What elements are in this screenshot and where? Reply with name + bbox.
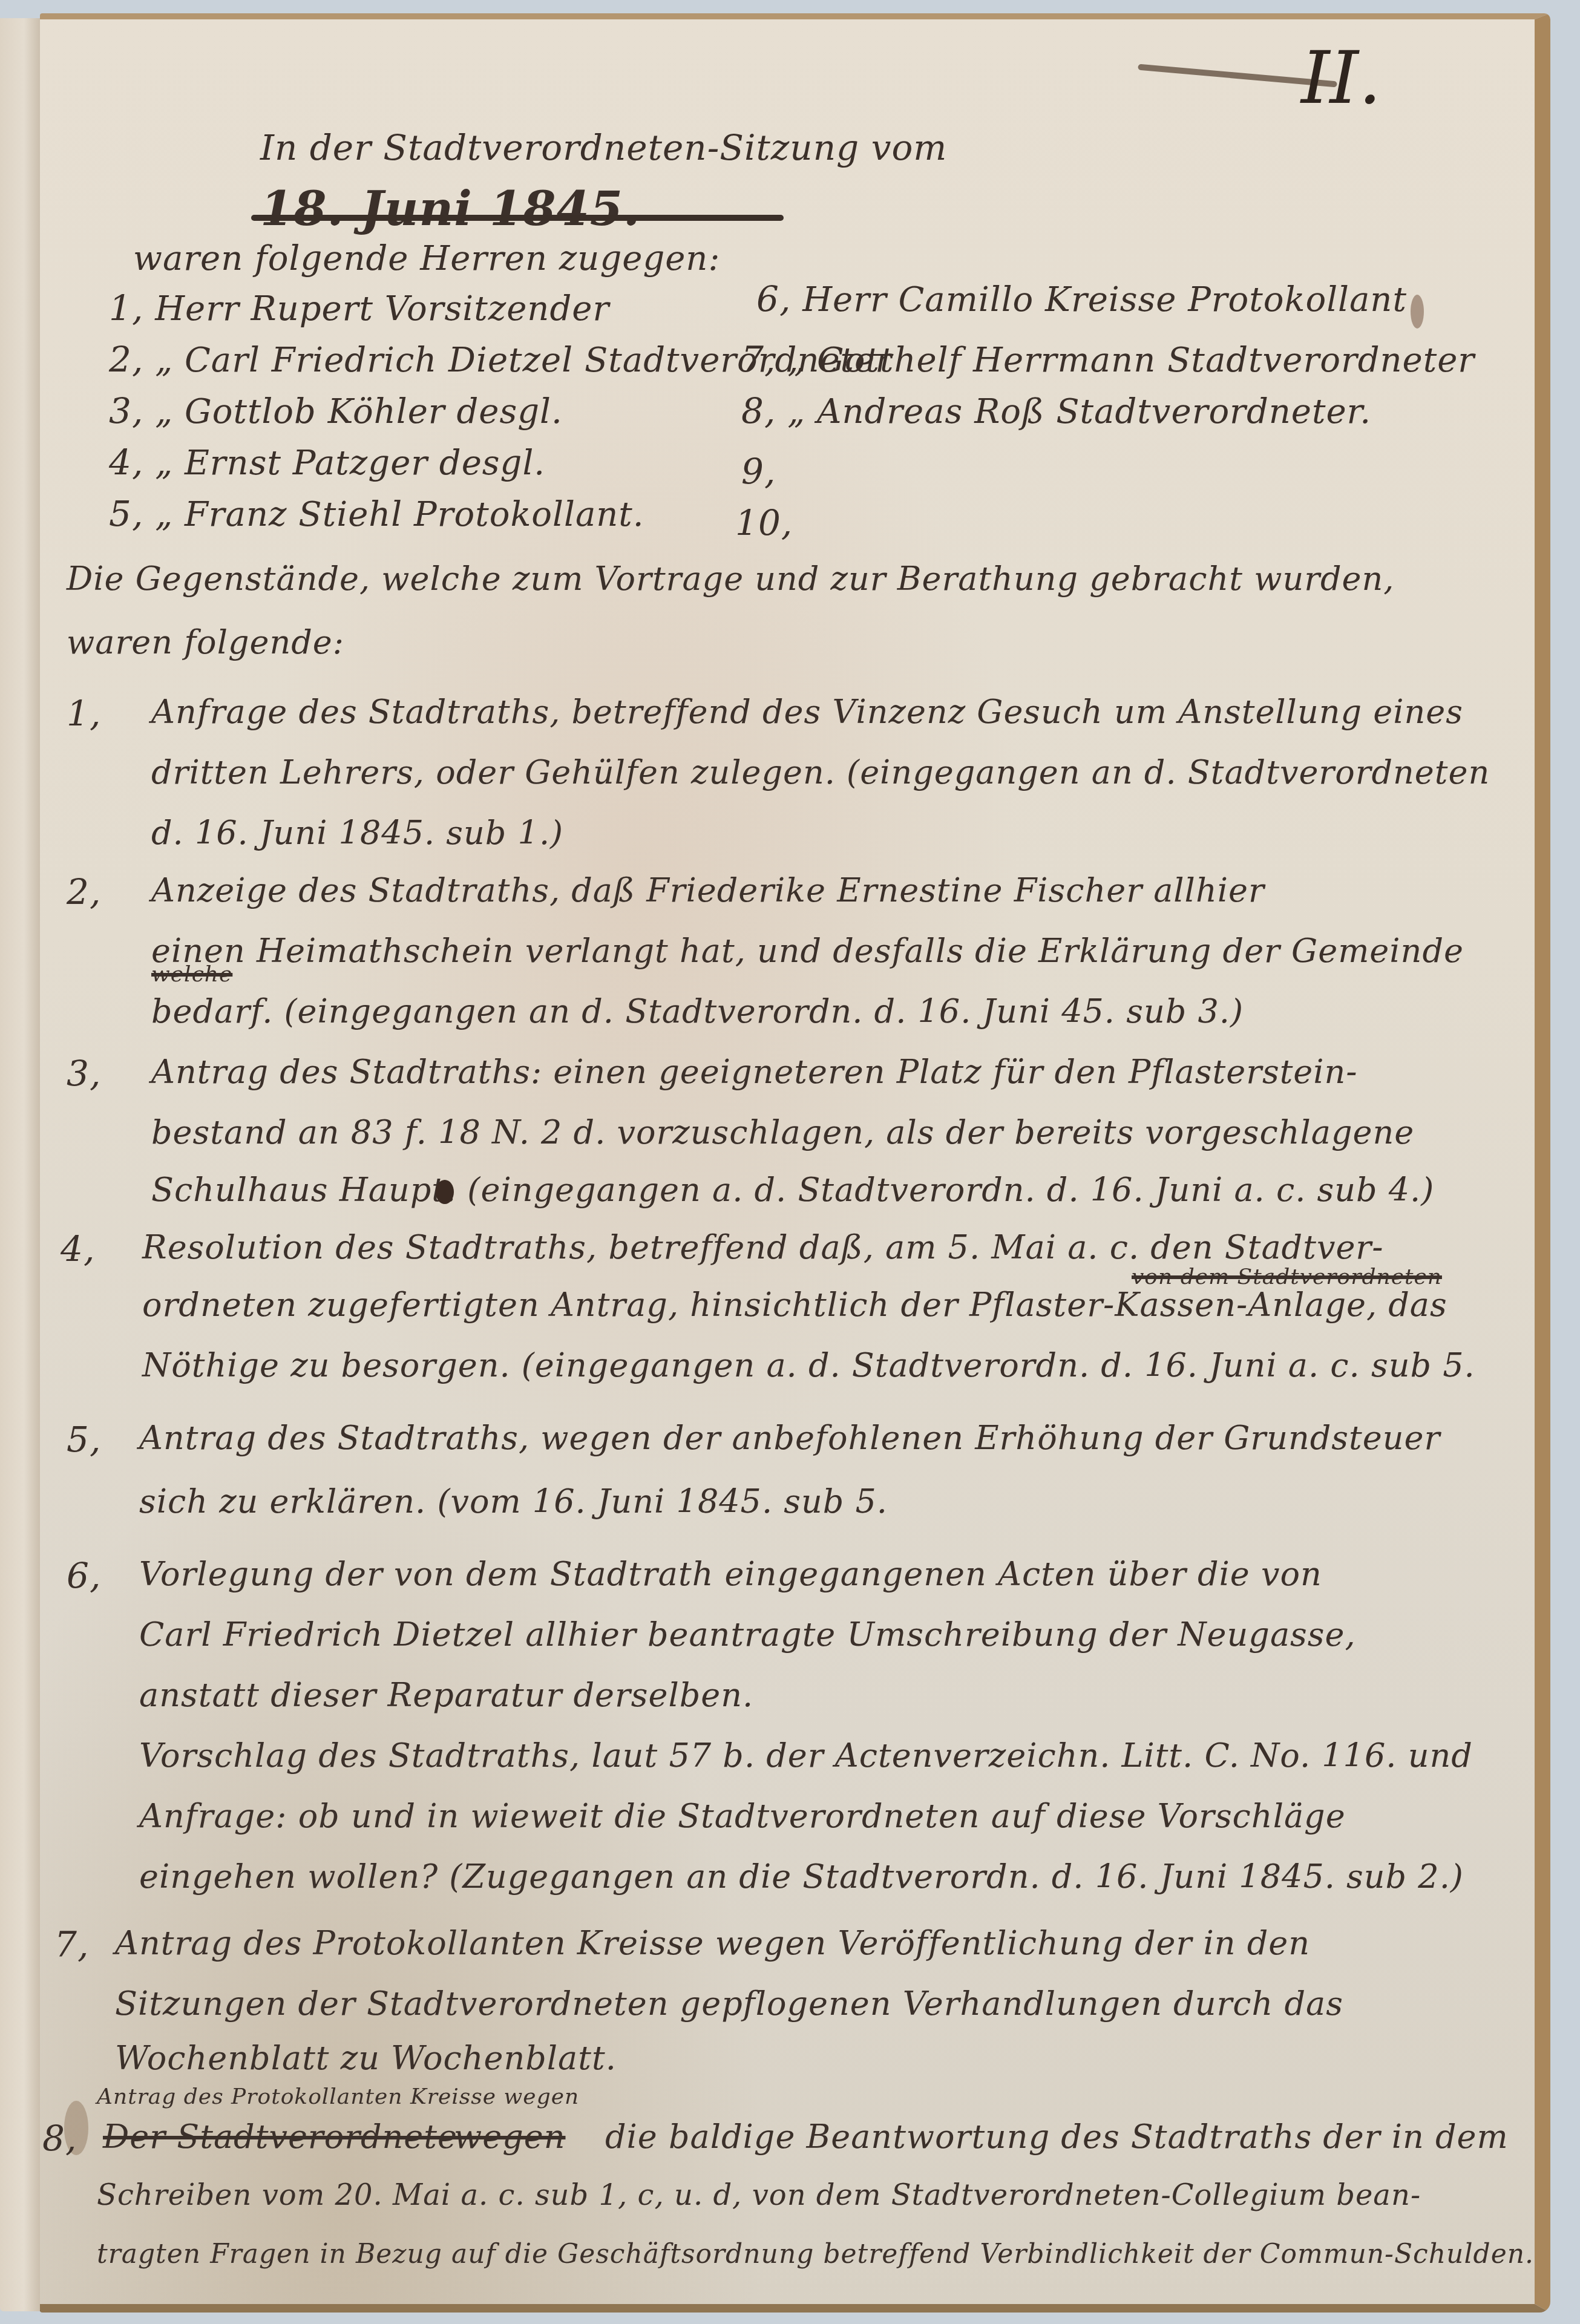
- item-line: Anzeige des Stadtraths, daß Friederike E…: [151, 871, 1265, 909]
- attendee-row: 6, Herr Camillo Kreisse Protokollant: [756, 278, 1407, 319]
- attendee-name: Herr Camillo Kreisse Protokollant: [802, 280, 1407, 319]
- item-line: Anfrage: ob und in wieweit die Stadtvero…: [139, 1797, 1346, 1835]
- attendee-number: 5,: [109, 493, 143, 534]
- item-number: 4,: [61, 1228, 95, 1269]
- adjacent-left-page-edge: [0, 18, 44, 2311]
- item-line: Antrag des Protokollanten Kreisse wegen …: [115, 1924, 1310, 1962]
- attendance-intro: waren folgende Herren zugegen:: [133, 239, 720, 278]
- interlinear-insertion: Antrag des Protokollanten Kreisse wegen: [97, 2084, 579, 2109]
- item-line: Sitzungen der Stadtverordneten gepflogen…: [115, 1985, 1343, 2023]
- item-line: anstatt dieser Reparatur derselben.: [139, 1676, 753, 1714]
- attendee-number: 10,: [735, 502, 793, 543]
- item-line: Anfrage des Stadtraths, betreffend des V…: [151, 693, 1463, 731]
- item-line: Wochenblatt zu Wochenblatt.: [115, 2039, 617, 2077]
- attendee-name: „ Gottlob Köhler desgl.: [155, 392, 563, 431]
- attendee-row: 7, „ Gotthelf Herrmann Stadtverordneter: [741, 339, 1475, 380]
- attendee-number: 6,: [756, 278, 791, 319]
- attendee-row: 5, „ Franz Stiehl Protokollant.: [109, 493, 644, 534]
- struck-word: Der Stadtverordnete: [103, 2118, 457, 2156]
- item-line: Schulhaus Haupt. (eingegangen a. d. Stad…: [151, 1171, 1434, 1209]
- meeting-date: 18. Juni 1845.: [260, 182, 640, 237]
- attendee-name: „ Ernst Patzger desgl.: [155, 444, 545, 483]
- attendee-number: 4,: [109, 442, 143, 483]
- item-number: 7,: [54, 1924, 89, 1965]
- item-line: dritten Lehrers, oder Gehülfen zulegen. …: [151, 753, 1490, 791]
- attendee-row: 10,: [735, 502, 793, 543]
- ink-blot: [436, 1180, 454, 1204]
- attendee-row: 3, „ Gottlob Köhler desgl.: [109, 390, 563, 431]
- page-number: II.: [1301, 36, 1382, 120]
- item-line: Resolution des Stadtraths, betreffend da…: [142, 1228, 1383, 1266]
- attendee-name: Herr Rupert Vorsitzender: [155, 289, 609, 329]
- item-number: 6,: [67, 1555, 101, 1596]
- attendee-name: „ Franz Stiehl Protokollant.: [155, 495, 644, 534]
- item-line: Schreiben vom 20. Mai a. c. sub 1, c, u.…: [97, 2178, 1421, 2212]
- item-line: Antrag des Stadtraths: einen geeignetere…: [151, 1053, 1358, 1091]
- item-line: bestand an 83 f. 18 N. 2 d. vorzuschlage…: [151, 1113, 1414, 1151]
- attendee-row: 4, „ Ernst Patzger desgl.: [109, 442, 545, 483]
- item-number: 3,: [67, 1053, 101, 1094]
- agenda-intro-line: Die Gegenstände, welche zum Vortrage und…: [67, 560, 1394, 598]
- item-line: die baldige Beantwortung des Stadtraths …: [605, 2118, 1509, 2156]
- attendee-number: 8,: [741, 390, 776, 431]
- item-line: Vorschlag des Stadtraths, laut 57 b. der…: [139, 1736, 1473, 1775]
- attendee-row: 8, „ Andreas Roß Stadtverordneter.: [741, 390, 1371, 431]
- item-line: Antrag des Stadtraths, wegen der anbefoh…: [139, 1419, 1440, 1457]
- item-line: sich zu erklären. (vom 16. Juni 1845. su…: [139, 1482, 888, 1520]
- attendee-number: 1,: [109, 287, 143, 329]
- item-number: 8,: [42, 2118, 77, 2159]
- item-line: bedarf. (eingegangen an d. Stadtverordn.…: [151, 992, 1244, 1030]
- item-line: Nöthige zu besorgen. (eingegangen a. d. …: [142, 1346, 1475, 1384]
- struck-margin-word: welche: [151, 962, 232, 987]
- attendee-number: 7,: [741, 339, 776, 380]
- item-line: Vorlegung der von dem Stadtrath eingegan…: [139, 1555, 1322, 1593]
- ink-blot: [1411, 295, 1424, 329]
- item-line: Carl Friedrich Dietzel allhier beantragt…: [139, 1615, 1356, 1654]
- header-line: In der Stadtverordneten-Sitzung vom: [260, 127, 947, 168]
- attendee-number: 2,: [109, 339, 143, 380]
- date-underline: [251, 215, 784, 221]
- item-line: eingehen wollen? (Zugegangen an die Stad…: [139, 1858, 1464, 1896]
- struck-word: wegen: [454, 2118, 565, 2156]
- attendee-number: 9,: [741, 451, 776, 492]
- attendee-row: 9,: [741, 451, 776, 492]
- item-line: ordneten zugefertigten Antrag, hinsichtl…: [142, 1286, 1447, 1324]
- attendee-name: „ Andreas Roß Stadtverordneter.: [787, 392, 1371, 431]
- attendee-number: 3,: [109, 390, 143, 431]
- item-number: 1,: [67, 693, 101, 734]
- agenda-intro-line: waren folgende:: [67, 623, 344, 661]
- item-number: 5,: [67, 1419, 101, 1460]
- attendee-name: „ Gotthelf Herrmann Stadtverordneter: [787, 341, 1475, 380]
- item-line: einen Heimathschein verlangt hat, und de…: [151, 932, 1464, 970]
- item-line: tragten Fragen in Bezug auf die Geschäft…: [97, 2239, 1534, 2270]
- attendee-row: 1, Herr Rupert Vorsitzender: [109, 287, 609, 329]
- item-line: d. 16. Juni 1845. sub 1.): [151, 814, 563, 852]
- item-number: 2,: [67, 871, 101, 912]
